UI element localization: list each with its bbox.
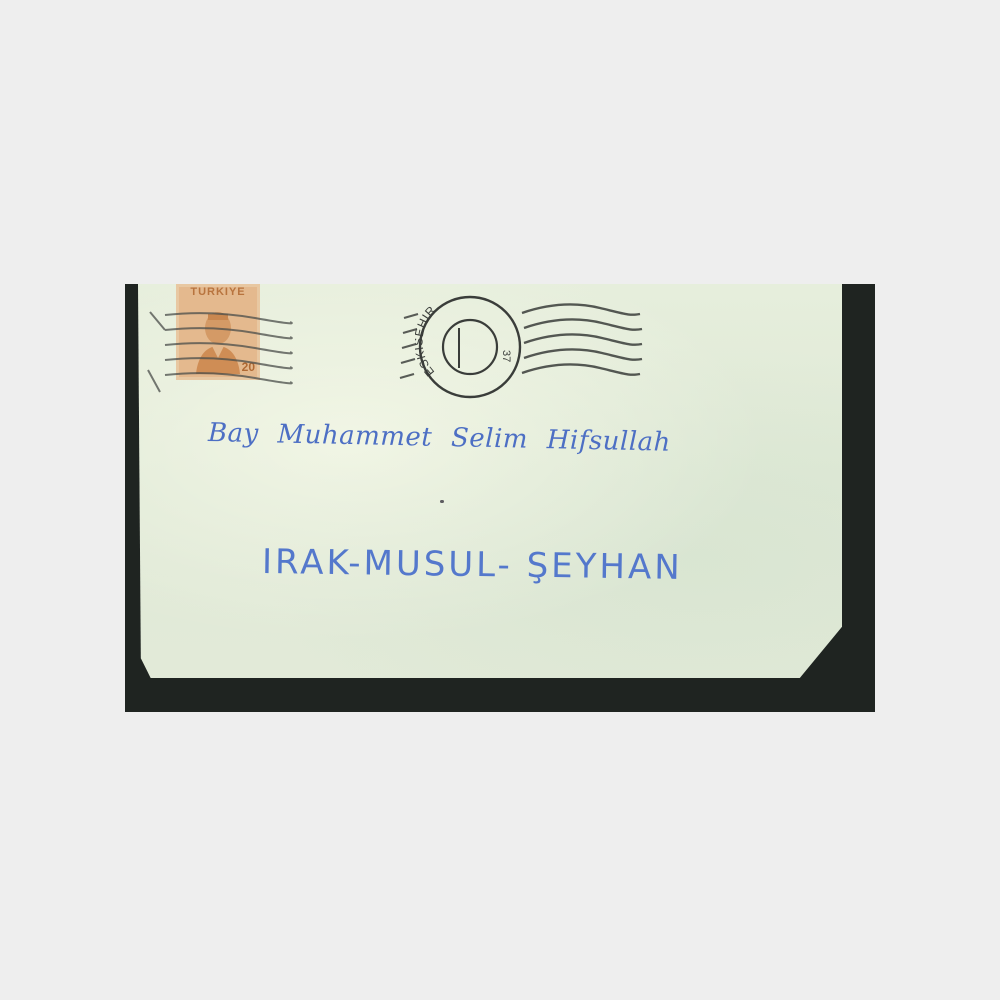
portrait-icon <box>190 302 246 374</box>
stamp-value: 20 <box>242 360 255 374</box>
stamp-country: TURKIYE <box>176 286 260 298</box>
postage-stamp: TURKIYE 20 <box>176 284 260 380</box>
ink-dot <box>440 500 444 503</box>
postmark-number: 37 <box>500 350 512 362</box>
address-line-destination: IRAK-MUSUL- ŞEYHAN <box>262 542 683 588</box>
postmark: ESKISEHIR 37 <box>415 292 525 402</box>
postmark-city: ESKISEHIR <box>415 303 439 379</box>
